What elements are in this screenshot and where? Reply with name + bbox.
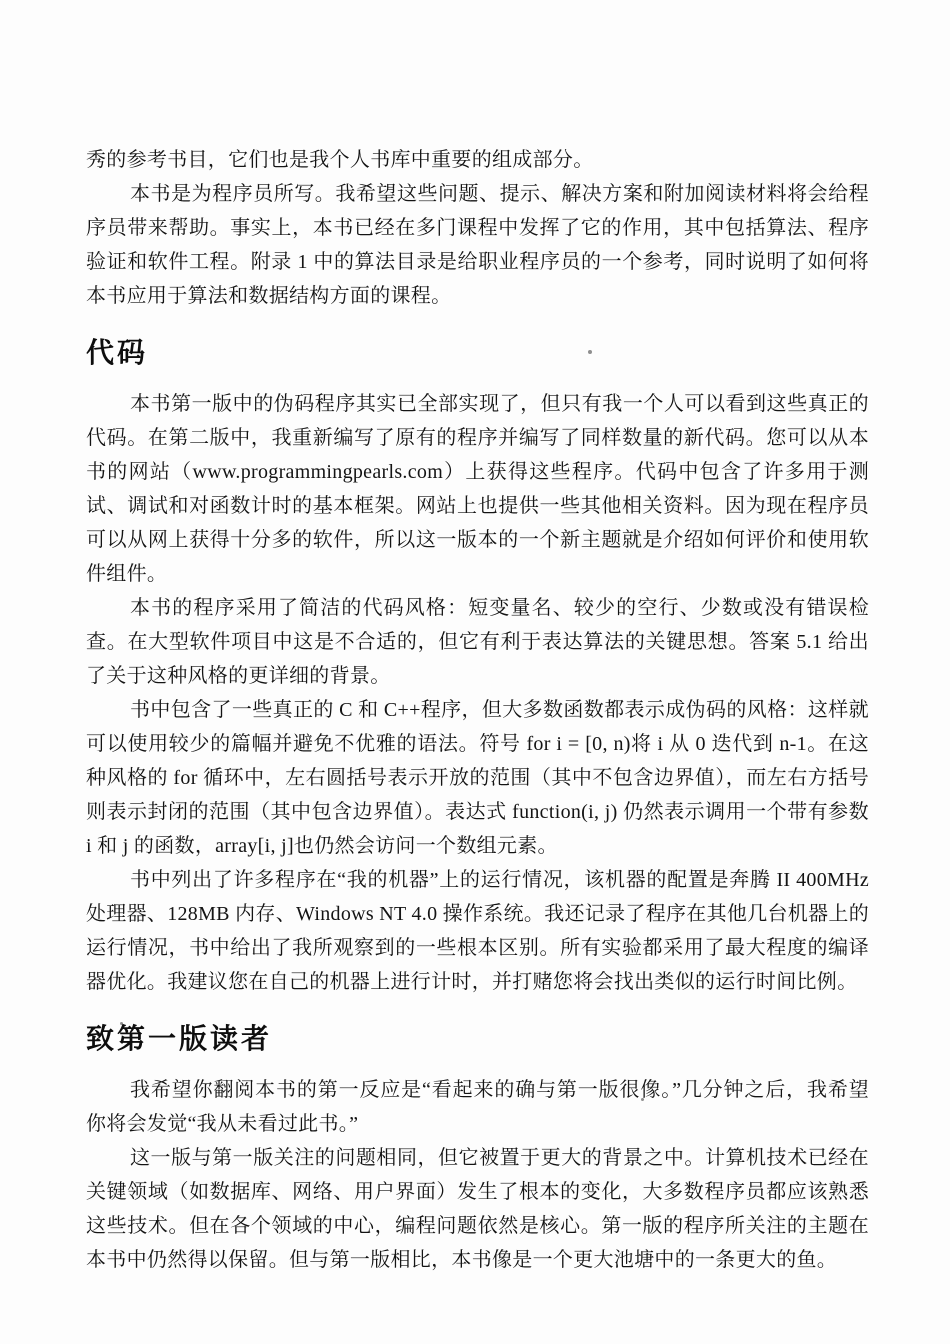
scan-speck [588, 350, 592, 354]
intro-paragraph: 本书是为程序员所写。我希望这些问题、提示、解决方案和附加阅读材料将会给程序员带来… [86, 177, 869, 313]
code-paragraph-3: 书中包含了一些真正的 C 和 C++程序，但大多数函数都表示成伪码的风格：这样就… [86, 693, 869, 863]
code-paragraph-1: 本书第一版中的伪码程序其实已全部实现了，但只有我一个人可以看到这些真正的代码。在… [86, 387, 869, 591]
scan-speck [641, 1098, 644, 1101]
code-paragraph-2: 本书的程序采用了简洁的代码风格：短变量名、较少的空行、少数或没有错误检查。在大型… [86, 591, 869, 693]
section-heading-to-first-edition-readers: 致第一版读者 [86, 1021, 869, 1057]
code-paragraph-4: 书中列出了许多程序在“我的机器”上的运行情况，该机器的配置是奔腾 II 400M… [86, 863, 869, 999]
first-edition-paragraph-2: 这一版与第一版关注的问题相同，但它被置于更大的背景之中。计算机技术已经在关键领域… [86, 1141, 869, 1277]
first-edition-paragraph-1: 我希望你翻阅本书的第一反应是“看起来的确与第一版很像。”几分钟之后，我希望你将会… [86, 1073, 869, 1141]
scan-speck [120, 1022, 123, 1025]
book-page: 秀的参考书目，它们也是我个人书库中重要的组成部分。 本书是为程序员所写。我希望这… [0, 0, 950, 1344]
continuation-paragraph: 秀的参考书目，它们也是我个人书库中重要的组成部分。 [86, 143, 869, 177]
page-text-block: 秀的参考书目，它们也是我个人书库中重要的组成部分。 本书是为程序员所写。我希望这… [86, 143, 869, 1277]
section-heading-code: 代码 [86, 335, 869, 371]
